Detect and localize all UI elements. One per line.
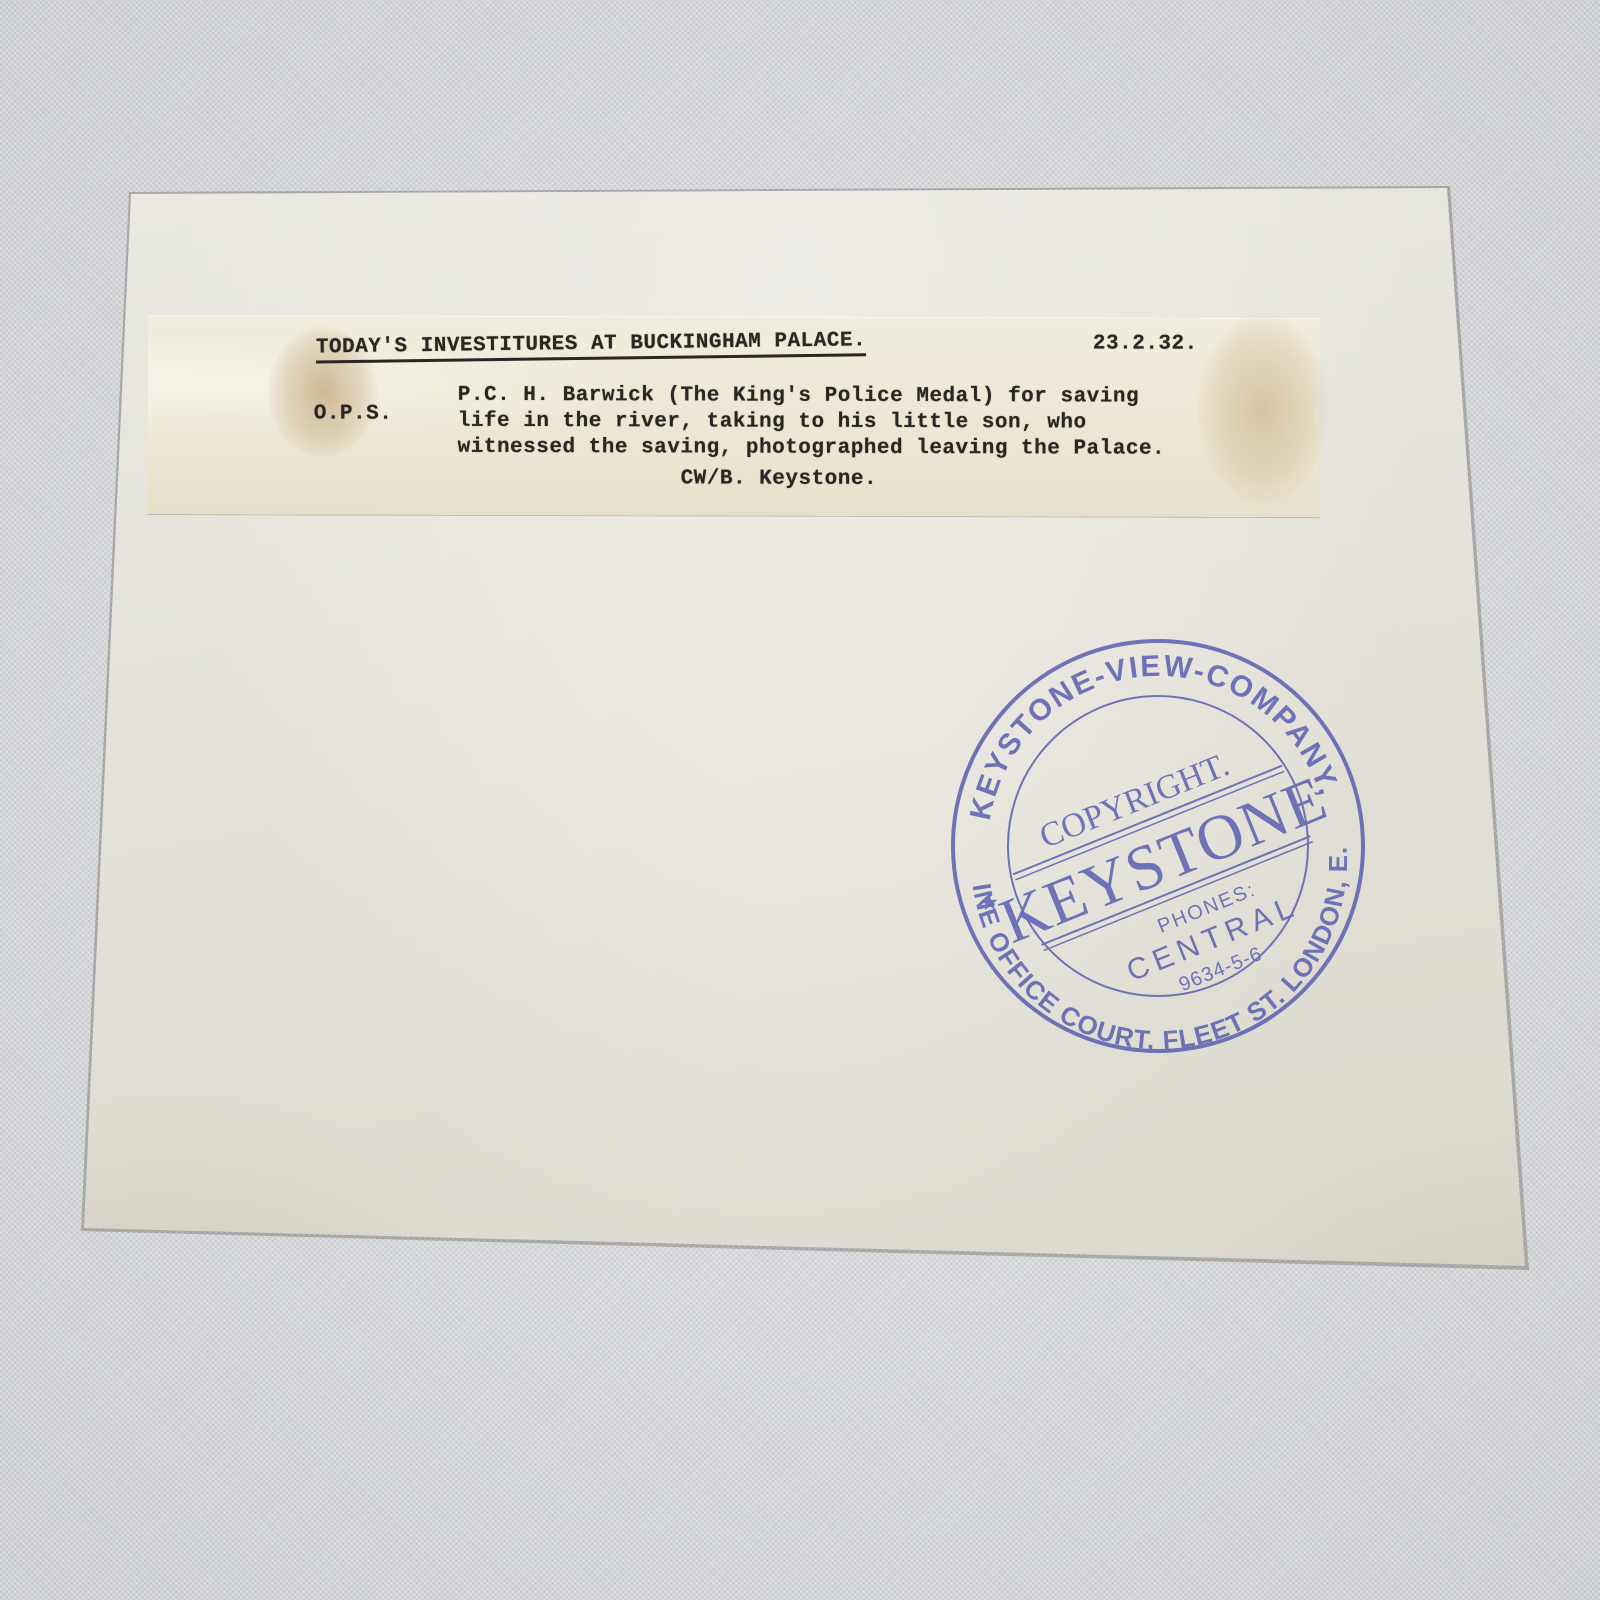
caption-date: 23.2.32. <box>1093 332 1198 355</box>
caption-headline: TODAY'S INVESTITURES AT BUCKINGHAM PALAC… <box>316 329 867 363</box>
caption-body-line: P.C. H. Barwick (The King's Police Medal… <box>458 383 1139 411</box>
typed-caption-label: TODAY'S INVESTITURES AT BUCKINGHAM PALAC… <box>147 316 1320 517</box>
copyright-stamp: KEYSTONE-VIEW-COMPANY, 12 WINE OFFICE CO… <box>934 622 1382 1070</box>
caption-credit: CW/B. Keystone. <box>681 467 878 491</box>
caption-body-line: life in the river, taking to his little … <box>458 409 1087 437</box>
caption-code: O.P.S. <box>314 402 393 425</box>
stain-right <box>1198 313 1328 503</box>
stamp-graphic: KEYSTONE-VIEW-COMPANY, 12 WINE OFFICE CO… <box>934 622 1382 1070</box>
caption-body-line: witnessed the saving, photographed leavi… <box>458 435 1166 463</box>
